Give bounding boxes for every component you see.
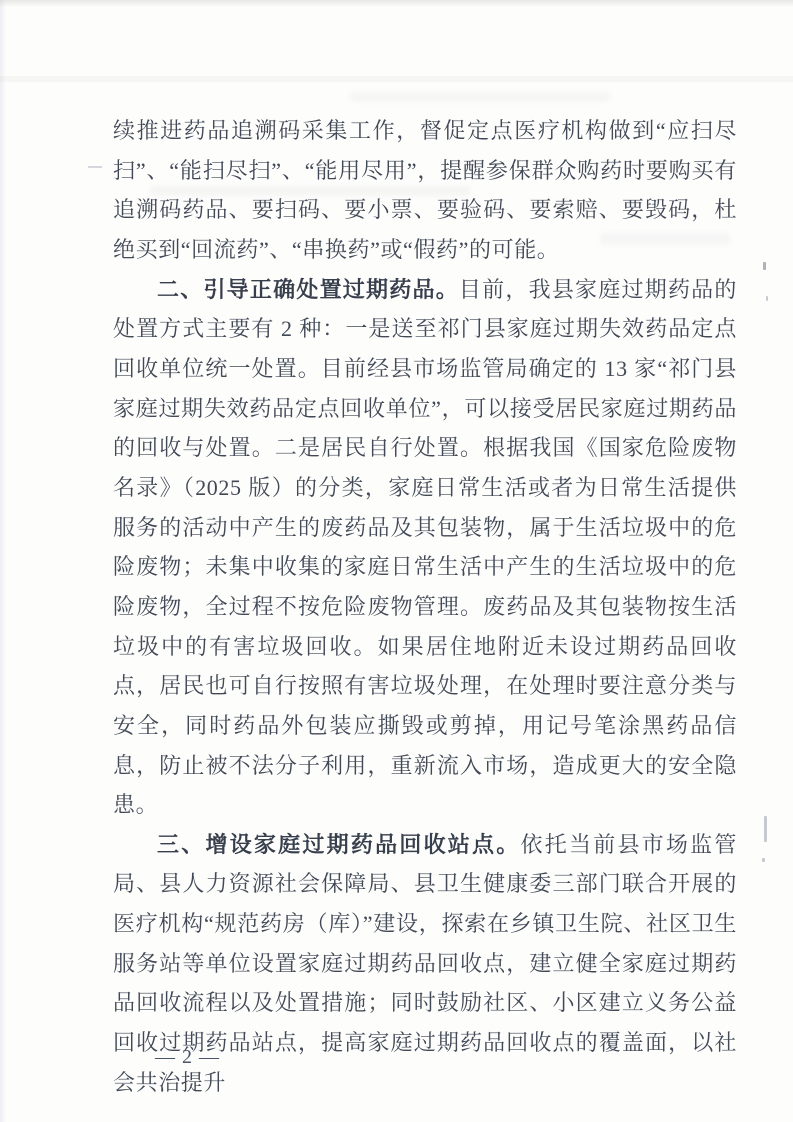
scan-edge-shadow-top [0,0,793,7]
section-heading: 二、引导正确处置过期药品。 [157,277,459,302]
scan-speck [763,262,766,270]
scan-streak [0,76,793,82]
scan-edge-shadow-left [0,0,6,1122]
scan-speck [762,858,765,862]
scanned-page: 续推进药品追溯码采集工作，督促定点医疗机构做到“应扫尽扫”、“能扫尽扫”、“能用… [0,0,793,1122]
paragraph-text: 续推进药品追溯码采集工作，督促定点医疗机构做到“应扫尽扫”、“能扫尽扫”、“能用… [113,118,737,262]
paragraph-section-2: 二、引导正确处置过期药品。目前，我县家庭过期药品的处置方式主要有 2 种：一是送… [113,270,737,825]
scan-speck [764,816,767,842]
page-number: — 2 — [155,1046,220,1068]
page-footer: — 2 — [155,1046,220,1068]
paragraph-continuation: 续推进药品追溯码采集工作，督促定点医疗机构做到“应扫尽扫”、“能扫尽扫”、“能用… [113,111,737,270]
scan-speck [88,166,102,168]
scan-bleedthrough-mark [350,92,610,102]
section-heading: 三、增设家庭过期药品回收站点。 [157,832,521,857]
scan-speck [766,296,768,301]
document-body: 续推进药品追溯码采集工作，督促定点医疗机构做到“应扫尽扫”、“能扫尽扫”、“能用… [113,111,737,1102]
paragraph-text: 目前，我县家庭过期药品的处置方式主要有 2 种：一是送至祁门县家庭过期失效药品定… [113,277,737,818]
